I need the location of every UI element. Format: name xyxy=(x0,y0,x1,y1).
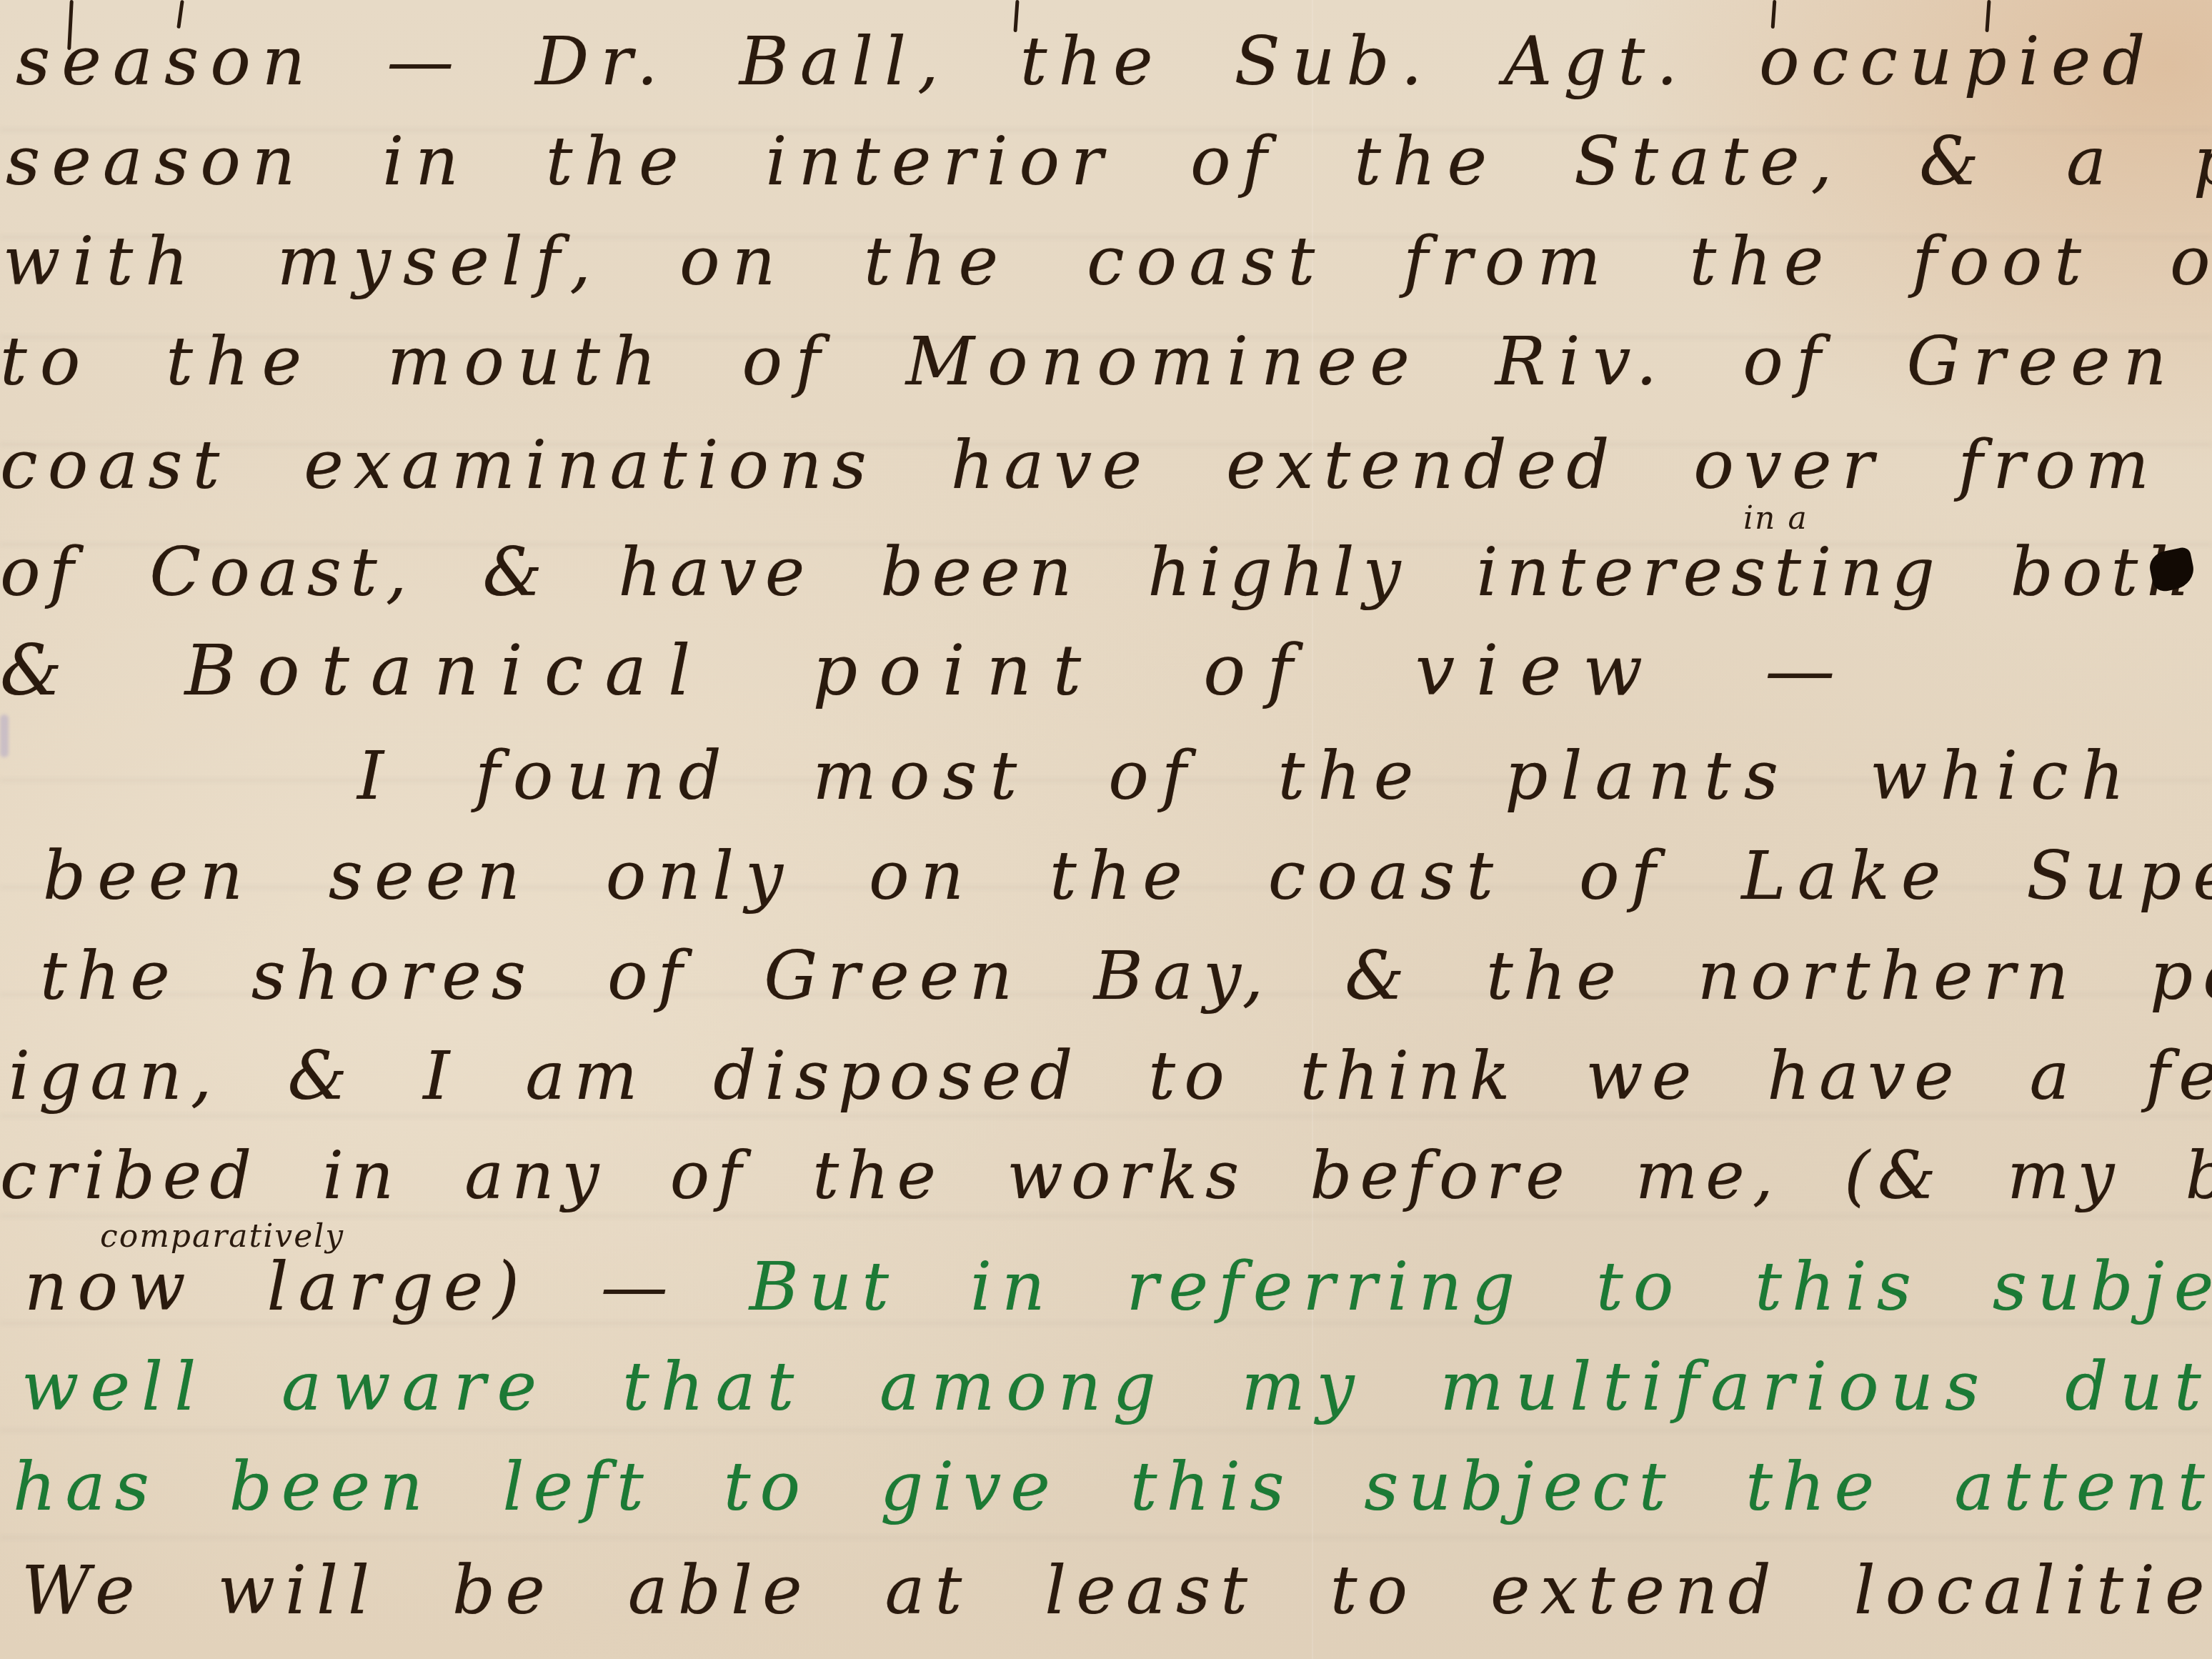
manuscript-line-green: well aware that among my multifarious du… xyxy=(21,1354,2212,1421)
manuscript-line: cribed in any of the works before me, (&… xyxy=(0,1143,2212,1209)
bleed-through-line xyxy=(0,1429,2212,1432)
manuscript-line: with myself, on the coast from the foot … xyxy=(3,229,2212,296)
bleed-through-line xyxy=(0,1215,2212,1217)
manuscript-line-green: has been left to give this subject the a… xyxy=(13,1454,2212,1521)
manuscript-line-mixed: now large) — But in referring to this su… xyxy=(24,1254,2212,1321)
manuscript-line: coast examinations have extended over fr… xyxy=(0,432,2212,499)
manuscript-line: been seen only on the coast of Lake Supe… xyxy=(43,843,2212,910)
manuscript-line: We will be able at least to extend local… xyxy=(21,1558,2212,1625)
manuscript-line: & Botanical point of view — xyxy=(0,636,1856,706)
manuscript-line: igan, & I am disposed to think we have a… xyxy=(9,1043,2212,1110)
bleed-through-line xyxy=(0,1536,2212,1539)
manuscript-line: season — Dr. Ball, the Sub. Agt. occupie… xyxy=(16,29,2212,96)
brown-ink-segment: now large) — xyxy=(24,1248,749,1326)
manuscript-line: of Coast, & have been highly interesting… xyxy=(0,539,2212,607)
manuscript-line: season in the interior of the State, & a… xyxy=(6,129,2212,196)
interlinear-insertion: in a xyxy=(1743,500,1808,537)
margin-stain xyxy=(0,714,9,757)
manuscript-page: season — Dr. Ball, the Sub. Agt. occupie… xyxy=(0,0,2212,1659)
manuscript-line: I found most of the plants which had bef… xyxy=(357,743,2212,810)
manuscript-line: to the mouth of Monominee Riv. of Green … xyxy=(0,329,2212,396)
green-ink-segment: But in referring to this subject you mus… xyxy=(749,1248,2212,1326)
manuscript-line: the shores of Green Bay, & the northern … xyxy=(40,943,2212,1010)
